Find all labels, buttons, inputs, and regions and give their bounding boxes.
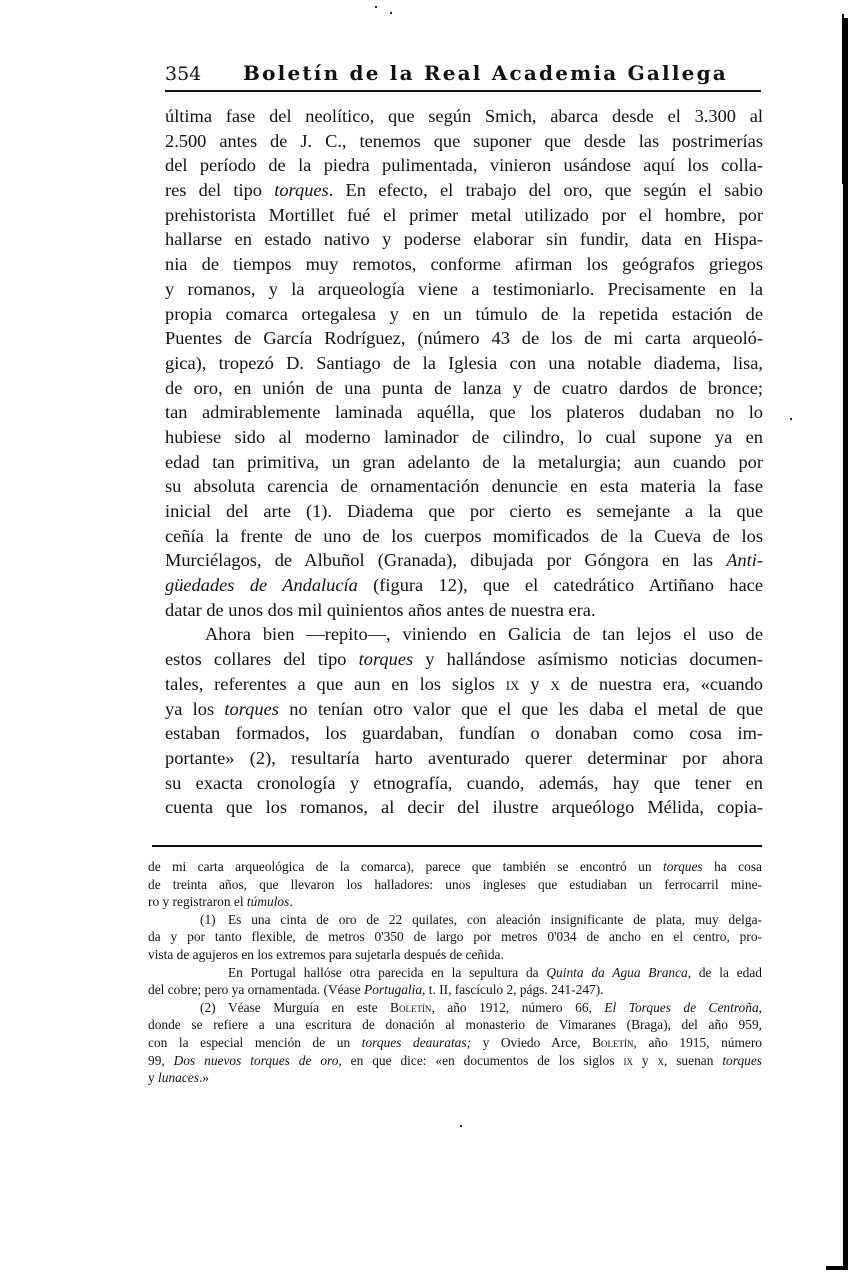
body-text: última fase del neolítico, que según Smi…: [165, 104, 763, 820]
body-text-line: datar de unos dos mil quinientos años an…: [165, 598, 763, 623]
italic-text: lunaces: [158, 1070, 199, 1085]
footnote-line: 99, Dos nuevos torques de oro, en que di…: [148, 1052, 762, 1070]
body-text-line: última fase del neolítico, que según Smi…: [165, 104, 763, 129]
small-caps-text: Boletín: [592, 1035, 633, 1050]
small-caps-text: x: [657, 1053, 664, 1068]
small-caps-text: x: [550, 674, 559, 694]
small-caps-text: ix: [623, 1053, 633, 1068]
footnote-line: del cobre; pero ya ornamentada. (Véase P…: [148, 981, 762, 999]
small-caps-text: Boletín: [390, 1000, 431, 1015]
italic-text: güedades de Andalucía: [165, 575, 358, 595]
header-rule: [165, 90, 761, 92]
body-text-line: portante» (2), resultaría harto aventura…: [165, 746, 763, 771]
page-corner-shadow: [826, 1266, 848, 1270]
scan-speck: [375, 6, 377, 8]
body-text-line: del período de la piedra pulimentada, vi…: [165, 153, 763, 178]
italic-text: torques: [722, 1053, 762, 1068]
body-text-line: gica), tropezó D. Santiago de la Iglesia…: [165, 351, 763, 376]
italic-text: Quinta da Agua Branca: [546, 965, 687, 980]
footnote-line: En Portugal hallóse otra parecida en la …: [148, 964, 762, 982]
page-number: 354: [165, 63, 201, 85]
italic-text: Portugalia: [364, 982, 422, 997]
scan-speck: [790, 418, 792, 420]
body-text-line: güedades de Andalucía (figura 12), que e…: [165, 573, 763, 598]
body-text-line: ya los torques no tenían otro valor que …: [165, 697, 763, 722]
italic-text: Anti-: [726, 550, 763, 570]
body-text-line: nia de tiempos muy remotos, conforme afi…: [165, 252, 763, 277]
small-caps-text: ix: [506, 674, 520, 694]
italic-text: torques: [224, 699, 279, 719]
body-text-line: tan admirablemente laminada aquélla, que…: [165, 400, 763, 425]
body-text-line: Ahora bien —repito—, viniendo en Galicia…: [165, 622, 763, 647]
italic-text: torques: [359, 649, 414, 669]
italic-text: Dos nuevos torques de oro: [174, 1053, 339, 1068]
scan-speck: [460, 1125, 462, 1127]
body-text-line: cuenta que los romanos, al decir del ilu…: [165, 795, 763, 820]
body-text-line: estaban formados, los guardaban, fundían…: [165, 721, 763, 746]
body-text-line: su absoluta carencia de ornamentación de…: [165, 474, 763, 499]
body-text-line: estos collares del tipo torques y hallán…: [165, 647, 763, 672]
body-text-line: y romanos, y la arqueología viene a test…: [165, 277, 763, 302]
footnote-line: (2)Véase Murguía en este Boletín, año 19…: [148, 999, 762, 1017]
body-text-line: Murciélagos, de Albuñol (Granada), dibuj…: [165, 548, 763, 573]
body-text-line: su exacta cronología y etnografía, cuand…: [165, 771, 763, 796]
footnote-line: de mi carta arqueológica de la comarca),…: [148, 858, 762, 876]
body-text-line: res del tipo torques. En efecto, el trab…: [165, 178, 763, 203]
italic-text: torques: [274, 180, 329, 200]
body-text-line: inicial del arte (1). Diadema que por ci…: [165, 499, 763, 524]
running-header: 354 Boletín de la Real Academia Gallega: [165, 59, 761, 89]
footnote-line: vista de agujeros en los extremos para s…: [148, 946, 762, 964]
italic-text: El Torques de Centroña: [604, 1000, 758, 1015]
footnote-line: con la especial mención de un torques de…: [148, 1034, 762, 1052]
body-text-line: hubiese sido al moderno laminador de cil…: [165, 425, 763, 450]
italic-text: torques deauratas;: [362, 1035, 471, 1050]
footnote-rule: [152, 845, 762, 847]
body-text-line: tales, referentes a que aun en los siglo…: [165, 672, 763, 697]
page-edge-shadow: [843, 18, 848, 1270]
scan-speck: [390, 12, 392, 14]
italic-text: torques: [663, 859, 703, 874]
footnote-line: donde se refiere a una escritura de dona…: [148, 1016, 762, 1034]
body-text-line: hallarse en estado nativo y poderse elab…: [165, 227, 763, 252]
body-text-line: edad tan primitiva, un gran adelanto de …: [165, 450, 763, 475]
footnote-marker: (1): [200, 911, 228, 929]
body-text-line: prehistorista Mortillet fué el primer me…: [165, 203, 763, 228]
body-text-line: propia comarca ortegalesa y en un túmulo…: [165, 302, 763, 327]
footnotes: de mi carta arqueológica de la comarca),…: [148, 858, 762, 1087]
footnote-line: da y por tanto flexible, de metros 0'350…: [148, 928, 762, 946]
footnote-line: y lunaces.»: [148, 1069, 762, 1087]
footnote-marker: (2): [200, 999, 228, 1017]
running-title: Boletín de la Real Academia Gallega: [243, 61, 728, 85]
footnote-line: ro y registraron el túmulos.: [148, 893, 762, 911]
body-text-line: ceñía la frente de uno de los cuerpos mo…: [165, 524, 763, 549]
footnote-line: de treinta años, que llevaron los hallad…: [148, 876, 762, 894]
footnote-line: (1)Es una cinta de oro de 22 quilates, c…: [148, 911, 762, 929]
italic-text: túmulos: [247, 894, 289, 909]
body-text-line: Puentes de García Rodríguez, (número 43 …: [165, 326, 763, 351]
body-text-line: 2.500 antes de J. C., tenemos que supone…: [165, 129, 763, 154]
body-text-line: de oro, en unión de una punta de lanza y…: [165, 376, 763, 401]
